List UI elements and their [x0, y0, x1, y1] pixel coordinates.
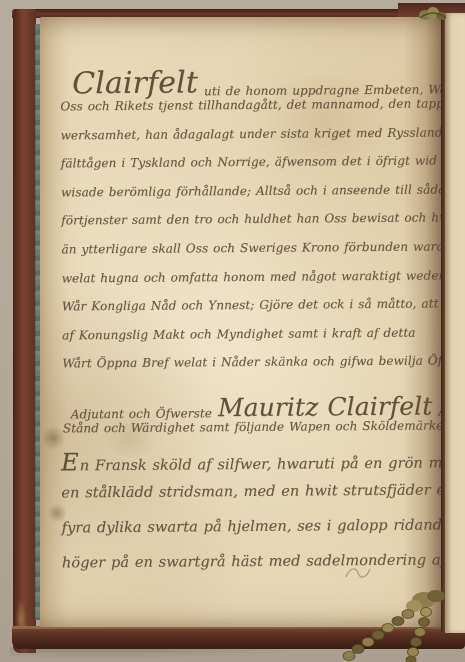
manuscript-emphasis: Clairfelt — [72, 68, 198, 99]
manuscript-line: fälttågen i Tyskland och Norrige, äfwens… — [57, 154, 423, 185]
next-page-edge — [445, 13, 465, 633]
manuscript-line: af Konungslig Makt och Myndighet samt i … — [58, 325, 424, 356]
manuscript-segment: Adjutant och Öfwerste — [71, 406, 212, 421]
end-flourish-icon — [344, 563, 372, 583]
manuscript-line: Adjutant och ÖfwersteMauritz Clairfelt A… — [58, 382, 424, 421]
manuscript-line: Wårt Öppna Bref welat i Nåder skänka och… — [58, 354, 424, 385]
manuscript-segment: af Konungslig Makt och Myndighet samt i … — [62, 325, 415, 342]
manuscript-text: Clairfelt uti de honom uppdragne Embeten… — [56, 53, 426, 590]
manuscript-line: än ytterligare skall Oss och Sweriges Kr… — [57, 240, 423, 271]
book-cover-left-edge — [13, 9, 36, 653]
headband-icon — [416, 2, 450, 26]
manuscript-line: förtjenster samt den tro och huldhet han… — [57, 211, 423, 242]
manuscript-emphasis: Mauritz Clairfelt — [218, 393, 433, 420]
manuscript-segment: Wår Kongliga Nåd och Ynnest; Gjöre det o… — [62, 296, 460, 313]
manuscript-line: Oss och Rikets tjenst tillhandagått, det… — [56, 97, 422, 128]
manuscript-line: wisade berömliga förhållande; Alltså och… — [57, 182, 423, 213]
manuscript-line: Stånd och Wärdighet samt följande Wapen … — [59, 418, 425, 449]
manuscript-line: E n Fransk sköld af silfwer, hwaruti på … — [59, 447, 425, 485]
manuscript-line: en stålklädd stridsman, med en hwit stru… — [59, 482, 425, 520]
manuscript-line: Wår Kongliga Nåd och Ynnest; Gjöre det o… — [58, 297, 424, 328]
manuscript-line: fyra dylika swarta på hjelmen, ses i gal… — [60, 517, 426, 555]
page-gutter-shadow — [404, 17, 442, 627]
manuscript-line: welat hugna och omfatta honom med något … — [58, 268, 424, 299]
manuscript-line: werksamhet, han ådagalagt under sista kr… — [56, 125, 422, 156]
book-shadow — [10, 647, 310, 659]
binding-cords-icon — [328, 584, 465, 662]
manuscript-emphasis: E — [61, 450, 79, 474]
manuscript-line: Clairfelt uti de honom uppdragne Embeten… — [56, 53, 422, 100]
scanned-book-page: Clairfelt uti de honom uppdragne Embeten… — [0, 0, 465, 662]
